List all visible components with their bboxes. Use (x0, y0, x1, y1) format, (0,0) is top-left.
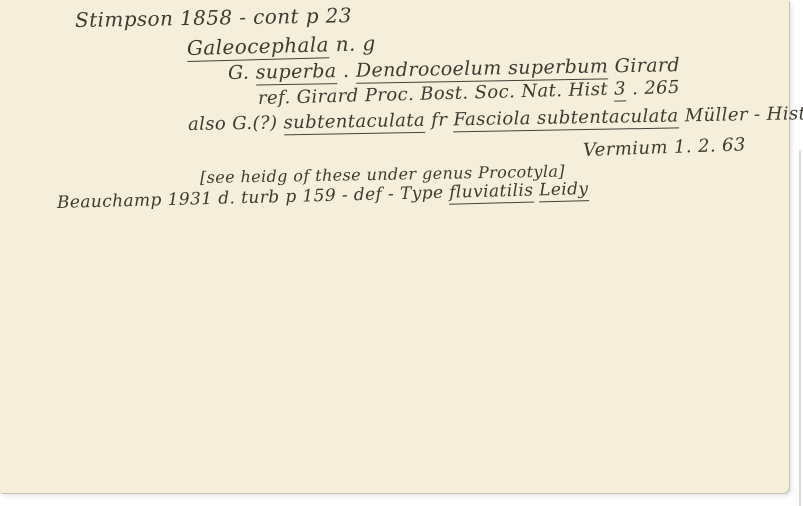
index-card: Stimpson 1858 - cont p 23 Galeocephala n… (0, 0, 789, 493)
text-segment: n. g (335, 31, 376, 56)
text-segment-underlined: Fasciola subtentaculata (453, 105, 679, 132)
scanned-document-background: Stimpson 1858 - cont p 23 Galeocephala n… (0, 0, 803, 506)
text-segment-underlined: superba (256, 60, 337, 85)
text-segment-underlined: subtentaculata (283, 110, 425, 135)
handwritten-line-genus-name: Galeocephala n. g (187, 31, 376, 60)
handwritten-line-vermium-continuation: Vermium 1. 2. 63 (583, 134, 747, 161)
text-segment: fr (431, 109, 454, 130)
text-segment: Stimpson 1858 - cont p 23 (75, 3, 352, 32)
text-segment-underlined: 3 (614, 78, 626, 101)
text-segment: Beauchamp 1931 d. turb p 159 - def - Typ… (57, 183, 450, 213)
text-segment: G. (228, 62, 256, 84)
handwritten-line-citation-stimpson: Stimpson 1858 - cont p 23 (75, 3, 352, 32)
text-segment-underlined: fluviatilis (449, 181, 534, 205)
text-segment: Girard (614, 54, 680, 77)
text-segment-underlined: Galeocephala (187, 32, 330, 62)
text-segment: also G.(?) (188, 112, 284, 135)
text-segment: Müller - Hist- (685, 103, 803, 126)
text-segment: . 265 (632, 77, 680, 99)
text-segment: Vermium 1. 2. 63 (583, 134, 747, 161)
text-segment: . (343, 60, 356, 82)
scan-edge-artifact (799, 150, 801, 506)
text-segment-underlined: Leidy (539, 179, 589, 202)
